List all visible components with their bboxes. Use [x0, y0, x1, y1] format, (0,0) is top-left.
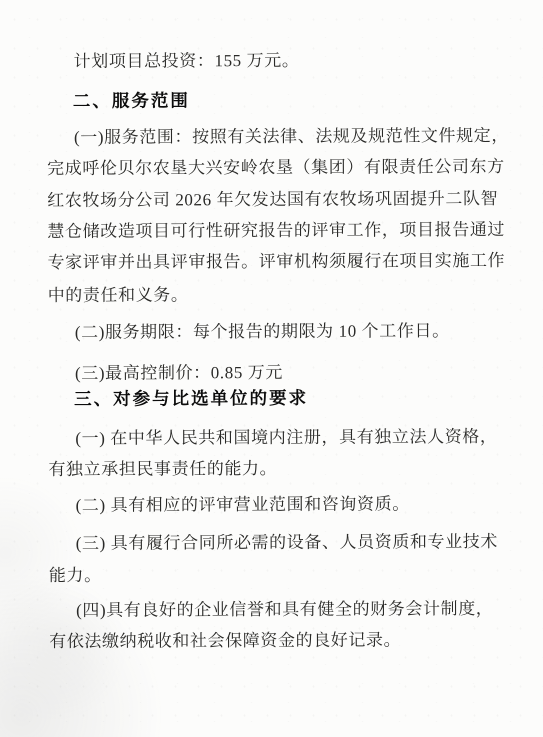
- doc-line-req-1a: (一) 在中华人民共和国境内注册，具有独立法人资格，: [48, 421, 505, 454]
- doc-line-service-term: (二)服务期限：每个报告的期限为 10 个工作日。: [48, 315, 505, 348]
- doc-line-total-investment: 计划项目总投资：155 万元。: [47, 44, 504, 77]
- section-heading-service-scope: 二、服务范围: [47, 84, 504, 117]
- doc-line-req-3a: (三) 具有履行合同所必需的设备、人员资质和专业技术: [49, 526, 506, 559]
- doc-line-req-1b: 有独立承担民事责任的能力。: [48, 452, 505, 485]
- doc-line-scope-4: 慧仓储改造项目可行性研究报告的评审工作，项目报告通过: [47, 214, 504, 247]
- doc-line-scope-1: (一)服务范围：按照有关法律、法规及规范性文件规定，: [47, 120, 504, 153]
- doc-line-scope-5: 专家评审并出具评审报告。评审机构须履行在项目实施工作: [47, 245, 504, 278]
- document-page: 计划项目总投资：155 万元。 二、服务范围 (一)服务范围：按照有关法律、法规…: [0, 0, 543, 737]
- scanned-document: { "doc": { "colors": { "paper": "#fcfcfb…: [0, 0, 543, 737]
- doc-line-req-2: (二) 具有相应的评审营业范围和咨询资质。: [49, 488, 506, 521]
- doc-line-req-4b: 有依法缴纳税收和社会保障资金的良好记录。: [49, 624, 506, 657]
- doc-line-scope-6: 中的责任和义务。: [48, 278, 505, 311]
- document-body: 计划项目总投资：155 万元。 二、服务范围 (一)服务范围：按照有关法律、法规…: [0, 0, 543, 657]
- section-heading-bidder-requirements: 三、对参与比选单位的要求: [48, 382, 505, 415]
- doc-line-scope-3: 红农牧场分公司 2026 年欠发达国有农牧场巩固提升二队智: [47, 183, 504, 216]
- doc-line-req-4a: (四)具有良好的企业信誉和具有健全的财务会计制度，: [49, 593, 506, 626]
- doc-line-scope-2: 完成呼伦贝尔农垦大兴安岭农垦（集团）有限责任公司东方: [47, 151, 504, 184]
- doc-line-req-3b: 能力。: [49, 558, 506, 591]
